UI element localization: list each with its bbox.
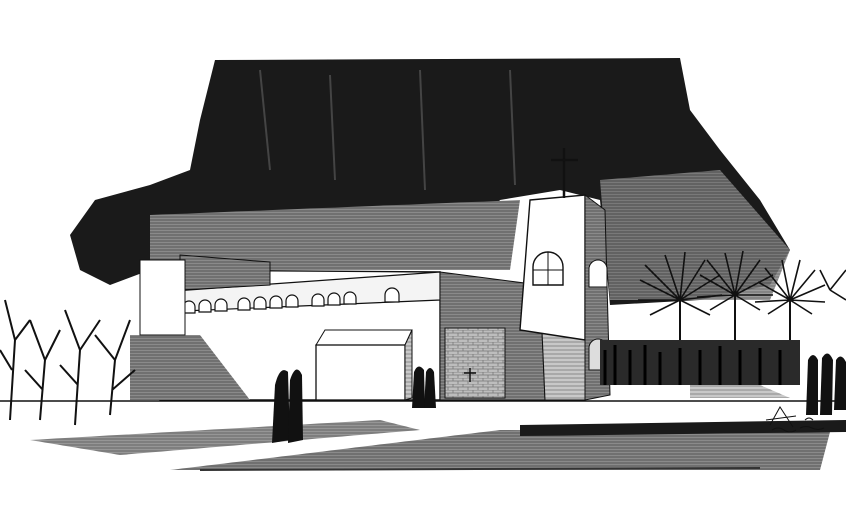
church-sketch <box>0 0 846 525</box>
